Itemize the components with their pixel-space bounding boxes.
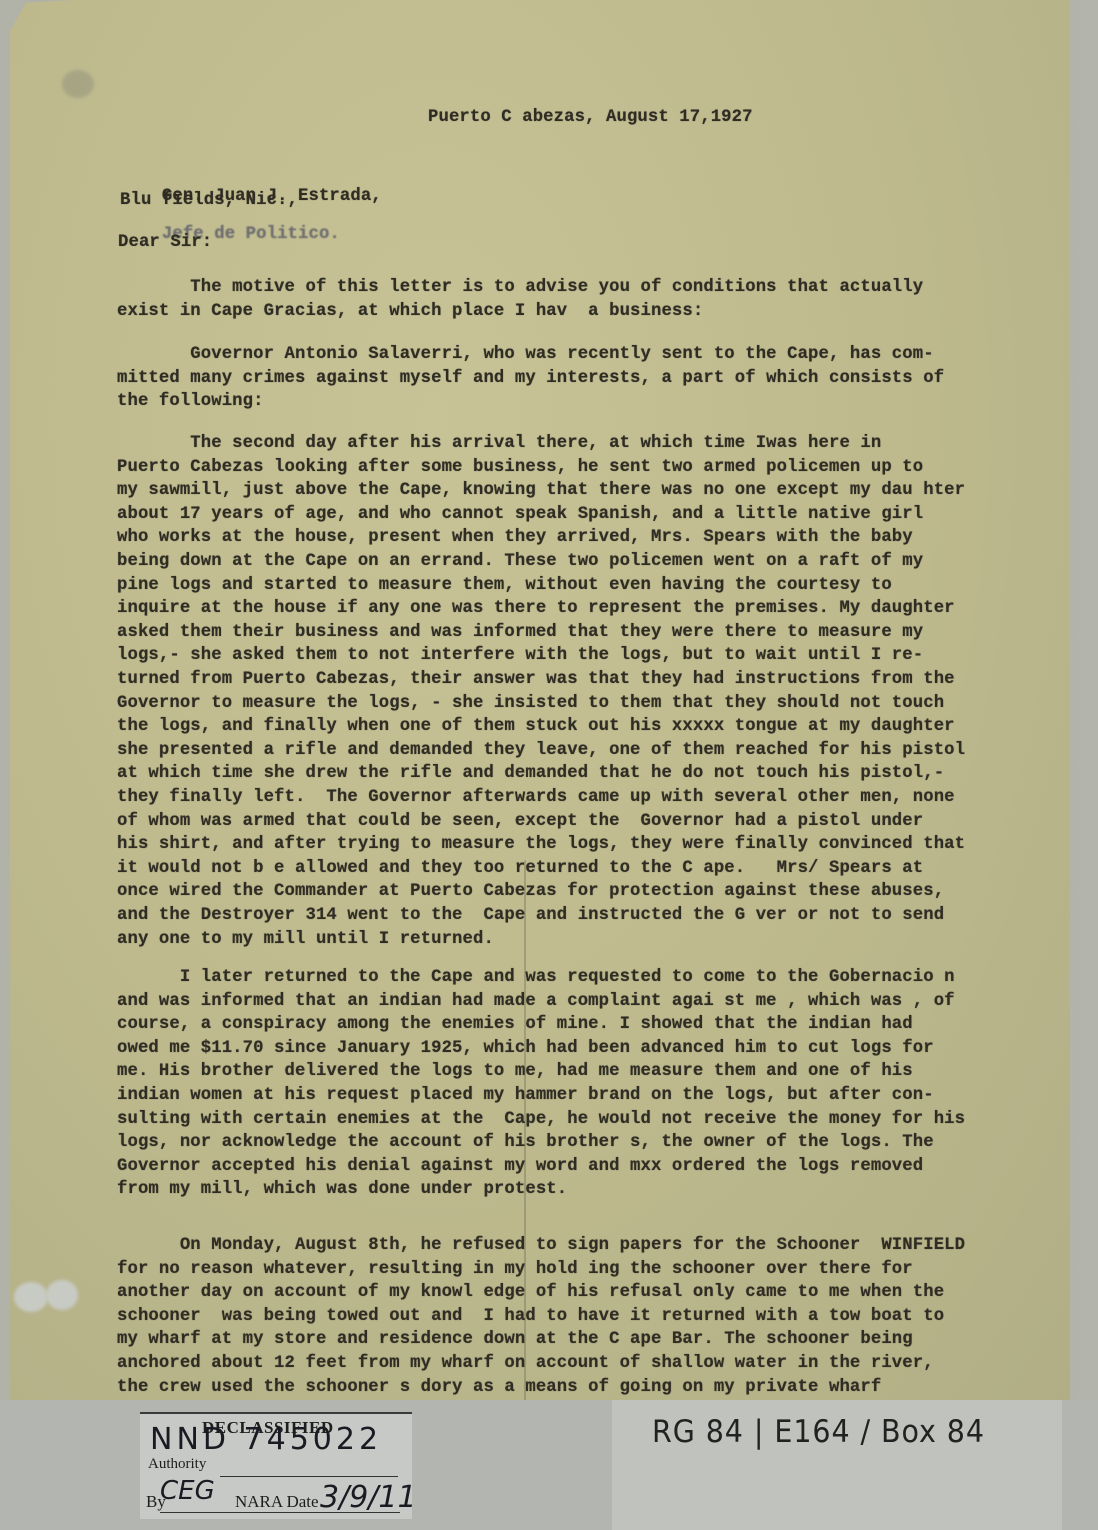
text-line: about 17 years of age, and who cannot sp…: [117, 505, 923, 524]
declassification-stamp: DECLASSIFIED NND 745022 Authority By CEG…: [140, 1412, 412, 1519]
stamp-rule: [160, 1512, 400, 1513]
text-line: and the Destroyer 314 went to the Cape a…: [117, 906, 944, 925]
text-line: the logs, and finally when one of them s…: [117, 717, 955, 736]
stamp-authority-value: NND 745022: [150, 1422, 382, 1457]
text-line: me. His brother delivered the logs to me…: [117, 1062, 913, 1081]
text-line: pine logs and started to measure them, w…: [117, 576, 892, 595]
stamp-date-value: 3/9/11: [320, 1480, 417, 1515]
archive-reference-label: RG 84 | E164 / Box 84: [612, 1400, 1062, 1530]
text-line: inquire at the house if any one was ther…: [117, 599, 955, 618]
text-line: turned from Puerto Cabezas, their answer…: [117, 670, 955, 689]
text-line: owed me $11.70 since January 1925, which…: [117, 1039, 934, 1058]
text-line: being down at the Cape on an errand. The…: [117, 552, 923, 571]
text-line: my wharf at my store and residence down …: [117, 1330, 913, 1349]
text-line: another day on account of my knowl edge …: [117, 1283, 944, 1302]
text-line: logs, nor acknowledge the account of his…: [117, 1133, 934, 1152]
text-line: course, a conspiracy among the enemies o…: [117, 1015, 913, 1034]
stamp-nara-date-label: NARA Date: [235, 1492, 319, 1512]
text-line: Governor accepted his denial against my …: [117, 1157, 923, 1176]
text-line: any one to my mill until I returned.: [117, 930, 494, 949]
text-line: Puerto Cabezas looking after some busine…: [117, 458, 923, 477]
text-line: his shirt, and after trying to measure t…: [117, 835, 965, 854]
text-line: they finally left. The Governor afterwar…: [117, 788, 955, 807]
archive-reference: RG 84 | E164 / Box 84: [652, 1414, 985, 1450]
text-line: for no reason whatever, resulting in my …: [117, 1260, 913, 1279]
text-line: I later returned to the Cape and was req…: [117, 968, 955, 987]
text-line: Governor to measure the logs, - she insi…: [117, 694, 944, 713]
text-line: she presented a rifle and demanded they …: [117, 741, 965, 760]
text-line: the following:: [117, 392, 264, 411]
text-line: and was informed that an indian had made…: [117, 992, 955, 1011]
stamp-authority-label: Authority: [148, 1456, 206, 1473]
text-line: mitted many crimes against myself and my…: [117, 369, 944, 388]
text-line: logs,- she asked them to not interfere w…: [117, 646, 923, 665]
text-line: The second day after his arrival there, …: [117, 434, 881, 453]
text-line: sulting with certain enemies at the Cape…: [117, 1110, 965, 1129]
text-line: asked them their business and was inform…: [117, 623, 923, 642]
text-line: at which time she drew the rifle and dem…: [117, 764, 944, 783]
text-line: from my mill, which was done under prote…: [117, 1180, 567, 1199]
text-line: who works at the house, present when the…: [117, 528, 913, 547]
text-line: Governor Antonio Salaverri, who was rece…: [117, 345, 934, 364]
text-line: On Monday, August 8th, he refused to sig…: [117, 1236, 965, 1255]
text-line: it would not b e allowed and they too re…: [117, 859, 923, 878]
stamp-rule: [220, 1476, 398, 1477]
text-line: the crew used the schooner s dory as a m…: [117, 1378, 881, 1397]
salutation: Dear Sir:: [118, 233, 212, 252]
text-line: once wired the Commander at Puerto Cabez…: [117, 882, 944, 901]
text-line: exist in Cape Gracias, at which place I …: [117, 302, 703, 321]
stamp-by-value: CEG: [160, 1476, 215, 1506]
letter-text: Puerto C abezas, August 17,1927 Gen. Jua…: [0, 0, 1098, 1400]
text-line: indian women at his request placed my ha…: [117, 1086, 934, 1105]
text-line: schooner was being towed out and I had t…: [117, 1307, 944, 1326]
text-line: anchored about 12 feet from my wharf on …: [117, 1354, 934, 1373]
recipient-location: Blu fields, Nic.,: [120, 191, 298, 210]
text-line: of whom was armed that could be seen, ex…: [117, 812, 923, 831]
text-line: my sawmill, just above the Cape, knowing…: [117, 481, 965, 500]
text-line: The motive of this letter is to advise y…: [117, 278, 923, 297]
dateline: Puerto C abezas, August 17,1927: [428, 108, 753, 127]
